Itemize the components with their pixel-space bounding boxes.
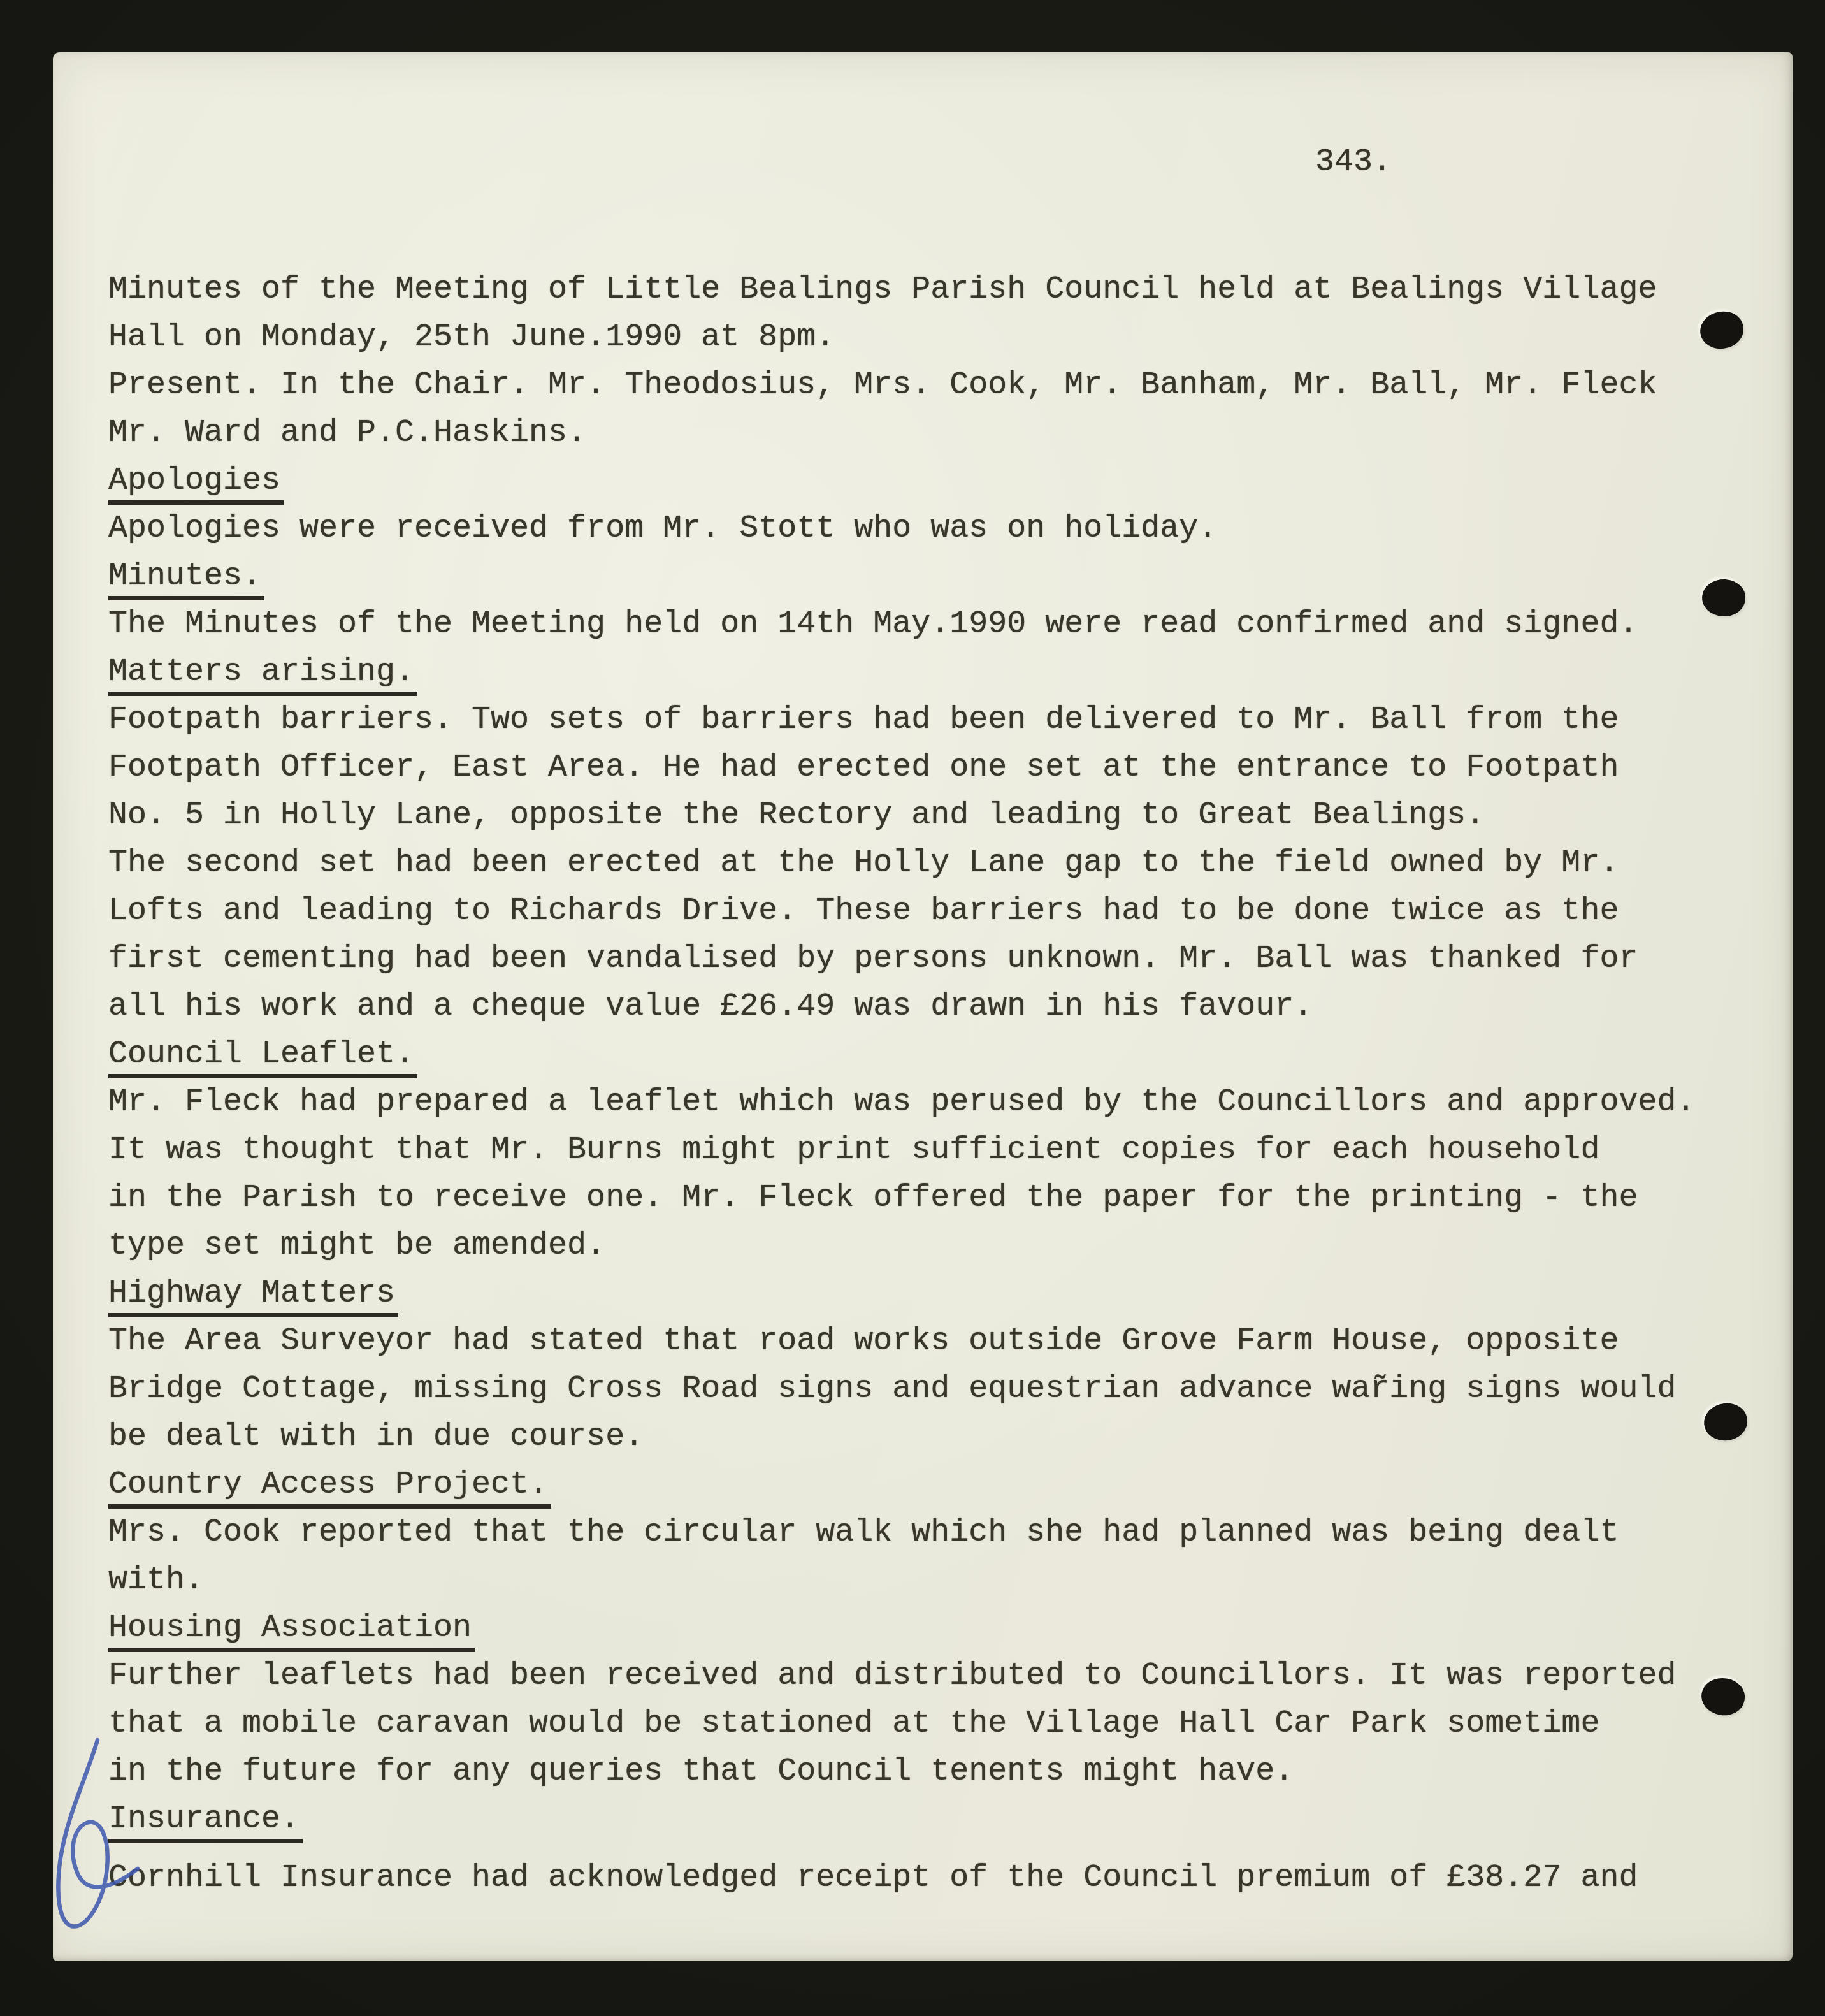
section-heading: Minutes. (108, 553, 1765, 600)
section-heading: Apologies (108, 457, 1765, 505)
document-line: Lofts and leading to Richards Drive. The… (108, 887, 1765, 935)
document-line: Footpath Officer, East Area. He had erec… (108, 744, 1765, 792)
section-heading-label: Minutes. (108, 558, 264, 600)
document-line: that a mobile caravan would be stationed… (108, 1700, 1765, 1748)
document-line: with. (108, 1556, 1765, 1604)
document-body: Minutes of the Meeting of Little Bealing… (108, 266, 1765, 1902)
document-line: Mr. Ward and P.C.Haskins. (108, 409, 1765, 457)
document-line: first cementing had been vandalised by p… (108, 935, 1765, 983)
page-number: 343. (1315, 147, 1392, 178)
document-line: Apologies were received from Mr. Stott w… (108, 505, 1765, 553)
scanner-background: { "page": { "number": "343.", "paper_col… (0, 0, 1825, 2016)
section-heading: Housing Association (108, 1604, 1765, 1652)
document-line: The Area Surveyor had stated that road w… (108, 1317, 1765, 1365)
document-line: Footpath barriers. Two sets of barriers … (108, 696, 1765, 744)
section-heading-label: Apologies (108, 463, 284, 505)
document-line: Further leaflets had been received and d… (108, 1652, 1765, 1700)
section-heading-label: Insurance. (108, 1801, 303, 1843)
section-heading: Matters arising. (108, 648, 1765, 696)
document-line: Mr. Fleck had prepared a leaflet which w… (108, 1078, 1765, 1126)
section-heading-label: Matters arising. (108, 654, 417, 696)
document-line: be dealt with in due course. (108, 1413, 1765, 1461)
document-line: Minutes of the Meeting of Little Bealing… (108, 266, 1765, 314)
document-line: The Minutes of the Meeting held on 14th … (108, 600, 1765, 648)
section-heading: Council Leaflet. (108, 1031, 1765, 1078)
document-line: Present. In the Chair. Mr. Theodosius, M… (108, 361, 1765, 409)
document-line: type set might be amended. (108, 1222, 1765, 1270)
document-line: in the Parish to receive one. Mr. Fleck … (108, 1174, 1765, 1222)
section-heading-label: Highway Matters (108, 1275, 398, 1317)
document-line: Cornhill Insurance had acknowledged rece… (108, 1854, 1765, 1902)
document-line: in the future for any queries that Counc… (108, 1748, 1765, 1795)
document-line: Mrs. Cook reported that the circular wal… (108, 1509, 1765, 1556)
document-page: 343. Minutes of the Meeting of Little Be… (53, 52, 1793, 1961)
section-heading-label: Housing Association (108, 1610, 475, 1652)
document-line: Hall on Monday, 25th June.1990 at 8pm. (108, 314, 1765, 361)
section-heading: Highway Matters (108, 1270, 1765, 1317)
section-heading-label: Country Access Project. (108, 1467, 551, 1509)
section-heading: Insurance. (108, 1795, 1765, 1843)
document-line: It was thought that Mr. Burns might prin… (108, 1126, 1765, 1174)
document-line: all his work and a cheque value £26.49 w… (108, 983, 1765, 1031)
section-heading-label: Council Leaflet. (108, 1036, 417, 1078)
document-line: No. 5 in Holly Lane, opposite the Rector… (108, 792, 1765, 839)
document-line: Bridge Cottage, missing Cross Road signs… (108, 1365, 1765, 1413)
document-line: The second set had been erected at the H… (108, 839, 1765, 887)
section-heading: Country Access Project. (108, 1461, 1765, 1509)
